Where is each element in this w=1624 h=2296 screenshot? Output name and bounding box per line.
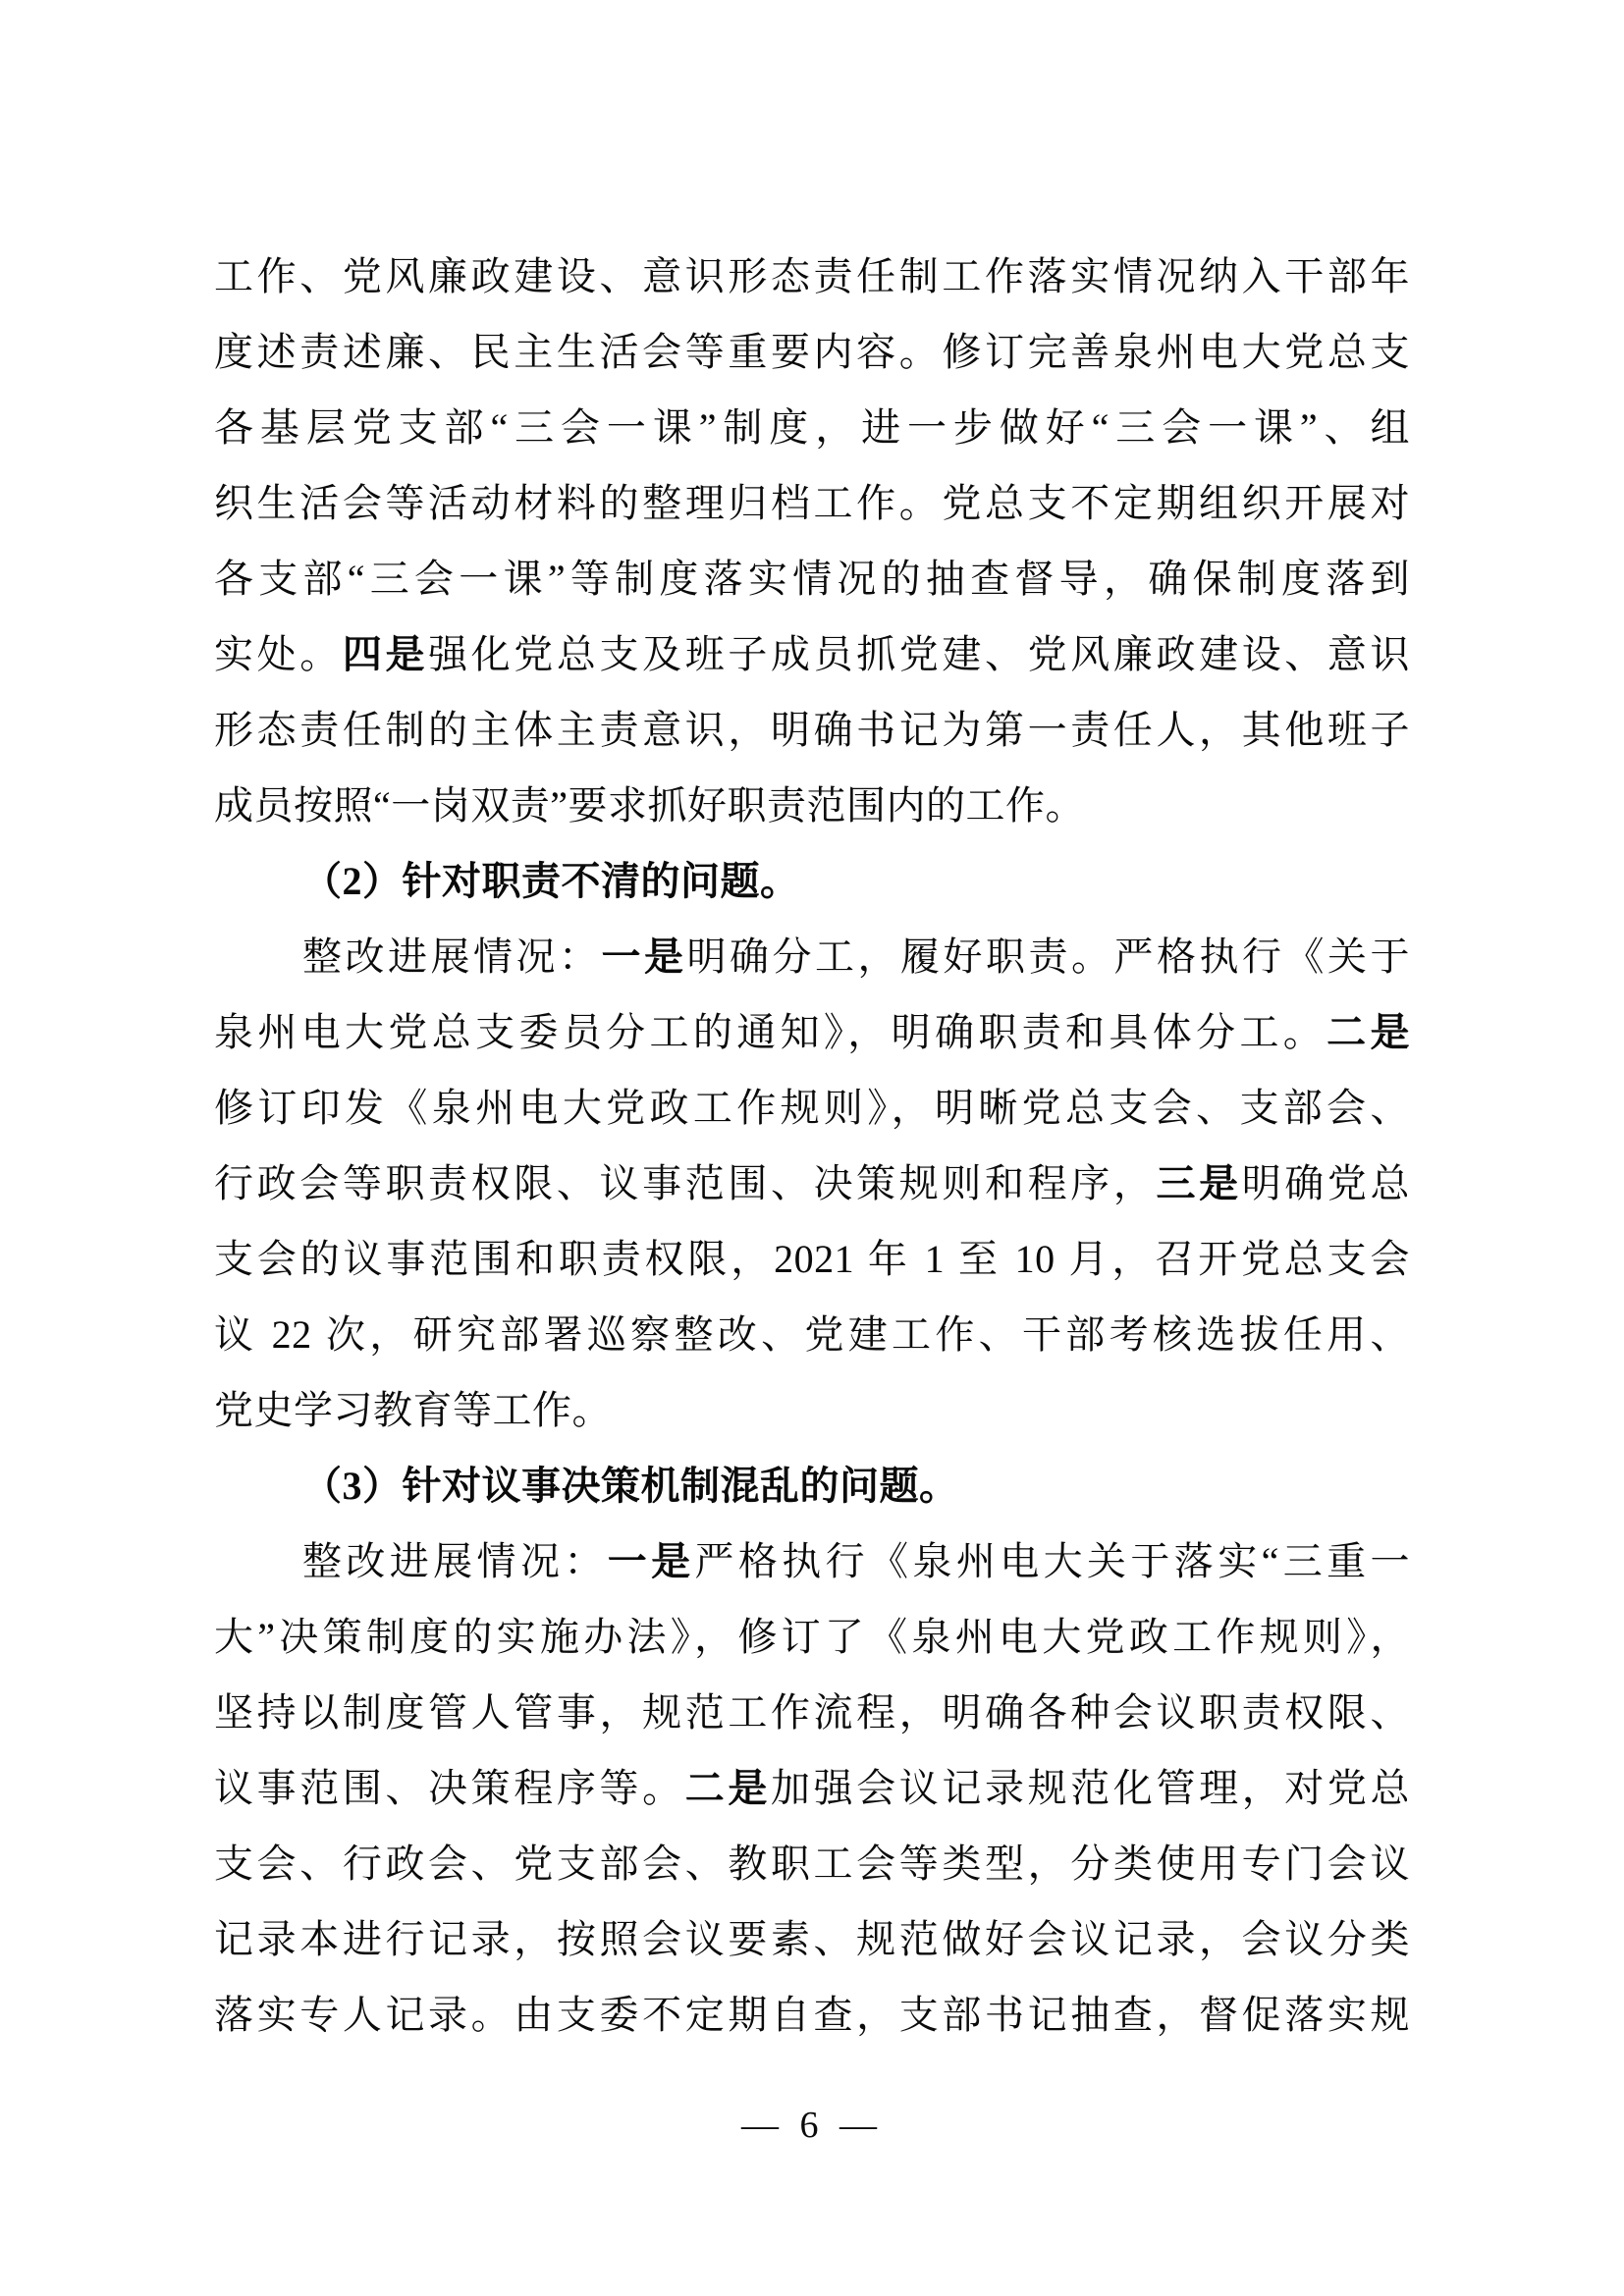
page-number: — 6 — — [741, 2105, 883, 2146]
bold-text-run: 三是 — [1156, 1161, 1241, 1205]
text-line-23: 记录本进行记录，按照会议要素、规范做好会议记录，会议分类 — [214, 1901, 1410, 1977]
text-run: 落实专人记录。由支委不定期自查，支部书记抽查，督促落实规 — [214, 1993, 1410, 2037]
text-run: 严格执行《泉州电大关于落实“三重一 — [695, 1539, 1410, 1583]
text-line-6: 实处。四是强化党总支及班子成员抓党建、党风廉政建设、意识 — [214, 616, 1410, 692]
text-run: 支会的议事范围和职责权限，2021 年 1 至 10 月，召开党总支会 — [214, 1237, 1410, 1281]
text-line-15: 议 22 次，研究部署巡察整改、党建工作、干部考核选拔任用、 — [214, 1297, 1410, 1372]
text-run: 织生活会等活动材料的整理归档工作。党总支不定期组织开展对 — [214, 481, 1410, 525]
text-run: 泉州电大党总支委员分工的通知》，明确职责和具体分工。 — [214, 1010, 1326, 1054]
bold-text-run: 二是 — [1326, 1010, 1410, 1054]
page-number-footer: — 6 — — [0, 2099, 1624, 2152]
text-run: 实处。 — [214, 632, 343, 676]
text-run: 各支部“三会一课”等制度落实情况的抽查督导，确保制度落到 — [214, 557, 1410, 601]
text-run: 支会、行政会、党支部会、教职工会等类型，分类使用专门会议 — [214, 1842, 1410, 1886]
text-run: 明确党总 — [1242, 1161, 1410, 1205]
text-run: 工作、党风廉政建设、意识形态责任制工作落实情况纳入干部年 — [214, 254, 1410, 298]
text-run: 度述责述廉、民主生活会等重要内容。修订完善泉州电大党总支 — [214, 330, 1410, 374]
text-run: 形态责任制的主体主责意识，明确书记为第一责任人，其他班子 — [214, 708, 1410, 752]
text-line-8: 成员按照“一岗双责”要求抓好职责范围内的工作。 — [214, 768, 1410, 843]
text-line-5: 各支部“三会一课”等制度落实情况的抽查督导，确保制度落到 — [214, 541, 1410, 616]
text-run: 行政会等职责权限、议事范围、决策规则和程序， — [214, 1161, 1156, 1205]
text-line-24: 落实专人记录。由支委不定期自查，支部书记抽查，督促落实规 — [214, 1977, 1410, 2053]
bold-text-run: （2）针对职责不清的问题。 — [302, 859, 800, 903]
text-run: 明确分工，履好职责。严格执行《关于 — [687, 934, 1411, 979]
text-line-3: 各基层党支部“三会一课”制度，进一步做好“三会一课”、组 — [214, 390, 1410, 465]
text-run: 加强会议记录规范化管理，对党总 — [771, 1766, 1410, 1810]
text-run: 议事范围、决策程序等。 — [214, 1766, 685, 1810]
text-line-20: 坚持以制度管人管事，规范工作流程，明确各种会议职责权限、 — [214, 1675, 1410, 1750]
text-line-13: 行政会等职责权限、议事范围、决策规则和程序，三是明确党总 — [214, 1146, 1410, 1221]
text-run: 成员按照“一岗双责”要求抓好职责范围内的工作。 — [214, 783, 1085, 828]
text-run: 坚持以制度管人管事，规范工作流程，明确各种会议职责权限、 — [214, 1690, 1410, 1735]
text-run: 强化党总支及班子成员抓党建、党风廉政建设、意识 — [428, 632, 1410, 676]
document-page: 工作、党风廉政建设、意识形态责任制工作落实情况纳入干部年度述责述廉、民主生活会等… — [0, 0, 1624, 2296]
text-line-16: 党史学习教育等工作。 — [214, 1372, 1410, 1448]
document-body: 工作、党风廉政建设、意识形态责任制工作落实情况纳入干部年度述责述廉、民主生活会等… — [214, 239, 1410, 2053]
text-line-22: 支会、行政会、党支部会、教职工会等类型，分类使用专门会议 — [214, 1826, 1410, 1901]
text-line-17: （3）针对议事决策机制混乱的问题。 — [214, 1448, 1410, 1523]
bold-text-run: 二是 — [685, 1766, 771, 1810]
text-line-9: （2）针对职责不清的问题。 — [214, 843, 1410, 919]
text-line-2: 度述责述廉、民主生活会等重要内容。修订完善泉州电大党总支 — [214, 314, 1410, 390]
text-run: 大”决策制度的实施办法》，修订了《泉州电大党政工作规则》， — [214, 1615, 1410, 1659]
text-line-1: 工作、党风廉政建设、意识形态责任制工作落实情况纳入干部年 — [214, 239, 1410, 314]
text-run: 整改进展情况： — [302, 1539, 608, 1583]
bold-text-run: 一是 — [602, 934, 687, 979]
text-run: 各基层党支部“三会一课”制度，进一步做好“三会一课”、组 — [214, 405, 1410, 450]
text-run: 党史学习教育等工作。 — [214, 1388, 612, 1432]
text-run: 记录本进行记录，按照会议要素、规范做好会议记录，会议分类 — [214, 1917, 1410, 1961]
bold-text-run: 一是 — [608, 1539, 695, 1583]
text-line-14: 支会的议事范围和职责权限，2021 年 1 至 10 月，召开党总支会 — [214, 1221, 1410, 1297]
text-run: 整改进展情况： — [302, 934, 602, 979]
text-run: 修订印发《泉州电大党政工作规则》，明晰党总支会、支部会、 — [214, 1086, 1410, 1130]
text-line-19: 大”决策制度的实施办法》，修订了《泉州电大党政工作规则》， — [214, 1599, 1410, 1675]
text-line-18: 整改进展情况：一是严格执行《泉州电大关于落实“三重一 — [214, 1523, 1410, 1599]
text-run: 议 22 次，研究部署巡察整改、党建工作、干部考核选拔任用、 — [214, 1312, 1410, 1357]
text-line-10: 整改进展情况：一是明确分工，履好职责。严格执行《关于 — [214, 919, 1410, 994]
text-line-4: 织生活会等活动材料的整理归档工作。党总支不定期组织开展对 — [214, 465, 1410, 541]
text-line-11: 泉州电大党总支委员分工的通知》，明确职责和具体分工。二是 — [214, 994, 1410, 1070]
text-line-12: 修订印发《泉州电大党政工作规则》，明晰党总支会、支部会、 — [214, 1070, 1410, 1146]
bold-text-run: 四是 — [343, 632, 428, 676]
text-line-7: 形态责任制的主体主责意识，明确书记为第一责任人，其他班子 — [214, 692, 1410, 768]
bold-text-run: （3）针对议事决策机制混乱的问题。 — [302, 1464, 959, 1508]
text-line-21: 议事范围、决策程序等。二是加强会议记录规范化管理，对党总 — [214, 1750, 1410, 1826]
